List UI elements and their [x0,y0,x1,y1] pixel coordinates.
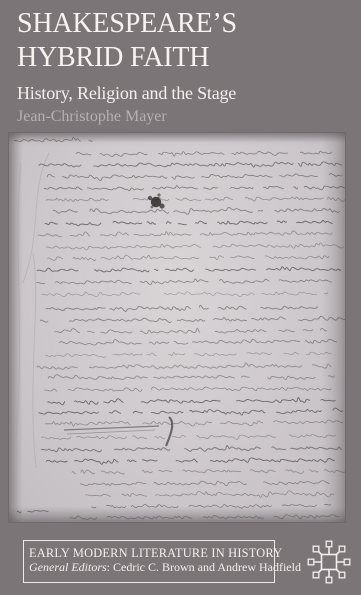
title-block: SHAKESPEARE’S HYBRID FAITH History, Reli… [17,7,347,126]
series-editors-label: General Editors [29,560,107,574]
series-editors: General Editors: Cedric C. Brown and And… [29,560,270,574]
handwritten-manuscript-image [9,133,345,522]
book-author: Jean-Christophe Mayer [17,108,347,126]
series-name: EARLY MODERN LITERATURE IN HISTORY [29,546,270,560]
book-subtitle: History, Religion and the Stage [17,83,347,103]
series-editors-names: : Cedric C. Brown and Andrew Hadfield [107,560,301,574]
publisher-ornament-icon [306,539,352,585]
book-title: SHAKESPEARE’S HYBRID FAITH [17,7,347,75]
series-box: EARLY MODERN LITERATURE IN HISTORY Gener… [23,540,275,583]
manuscript-photo [9,133,345,522]
title-line-2: HYBRID FAITH [17,41,347,75]
book-cover: SHAKESPEARE’S HYBRID FAITH History, Reli… [0,0,361,595]
title-line-1: SHAKESPEARE’S [17,7,347,41]
palgrave-star-ornament-icon [306,539,352,585]
